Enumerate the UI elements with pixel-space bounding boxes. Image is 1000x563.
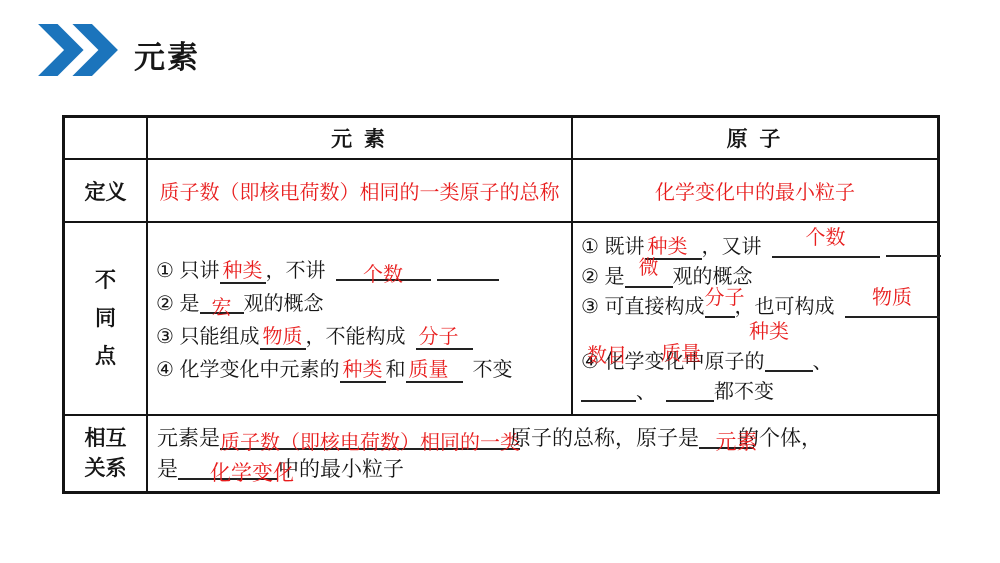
atom-point-2-blank-answer: 微 (639, 253, 659, 283)
relation-line-2: 是化学变化中的最小粒子 (157, 454, 931, 485)
element-point-3-prefix: ③ 只能组成 (156, 326, 260, 348)
definition-label: 定义 (85, 176, 127, 206)
atom-point-5-blank-2 (666, 380, 714, 402)
atom-point-1-blank-answer: 个数 (806, 223, 846, 253)
page-title: 元素 (134, 32, 200, 77)
atom-point-3-blank-answer: 分子 (705, 283, 745, 313)
differences-label-cell: 不 同 点 (65, 223, 148, 416)
slide: 元素 元 素 原 子 定义 质子数（即核电荷数）相同的一类原子的总称 化学变化中… (0, 0, 1000, 563)
double-chevron-right-icon (38, 24, 118, 76)
header-corner-cell (65, 118, 148, 160)
relation-line-1-answer-2: 元素 (716, 431, 758, 454)
atom-point-3-blank: 分子 (705, 296, 735, 318)
header-atom-label: 原 子 (727, 123, 784, 153)
definition-element-cell: 质子数（即核电荷数）相同的一类原子的总称 (148, 160, 573, 223)
element-point-1-blank: 个数 (336, 259, 431, 281)
element-point-1-answer: 种类 (220, 260, 266, 284)
element-point-4-mid: 和 (386, 359, 406, 381)
element-point-2: ② 是宏观的概念 (156, 288, 565, 321)
atom-point-4-float-answer-number: 数目 (587, 339, 627, 368)
atom-point-4-float-answer-mass: 质量 (661, 337, 701, 366)
relation-content-cell: 元素是质子数（即核电荷数）相同的一类原子的总称，原子是元素的个体， 是化学变化中… (148, 416, 937, 491)
atom-point-4: ④ 化学变化中原子的、 (581, 347, 933, 377)
comparison-table: 元 素 原 子 定义 质子数（即核电荷数）相同的一类原子的总称 化学变化中的最小… (62, 115, 940, 494)
definition-element-answer: 质子数（即核电荷数）相同的一类原子的总称 (160, 176, 560, 205)
element-point-2-answer: 宏 (212, 297, 232, 319)
element-point-1: ① 只讲种类，不讲个数 (156, 255, 565, 288)
element-point-4-suffix: 不变 (473, 359, 513, 381)
atom-point-4-separator: 、 (813, 351, 833, 373)
relation-label-cell: 相互 关系 (65, 416, 148, 491)
atom-point-5-separator: 、 (636, 381, 656, 403)
element-point-1-mid: ，不讲 (266, 260, 326, 282)
header-element-label: 元 素 (331, 123, 388, 153)
atom-point-1-blank: 个数 (772, 236, 880, 258)
element-point-4: ④ 化学变化中元素的种类和质量不变 (156, 354, 565, 387)
atom-point-1: ① 既讲种类，又讲个数 (581, 232, 933, 262)
definition-atom-cell: 化学变化中的最小粒子 (573, 160, 937, 223)
element-point-3-mid: ，不能构成 (306, 326, 406, 348)
atom-point-2-prefix: ② 是 (581, 266, 625, 288)
header-element-cell: 元 素 (148, 118, 573, 160)
element-point-1-prefix: ① 只讲 (156, 260, 220, 282)
element-point-3: ③ 只能组成物质，不能构成分子 (156, 321, 565, 354)
relation-line-1-blank: 质子数（即核电荷数）相同的一类 (220, 428, 520, 450)
atom-point-4-blank (765, 350, 813, 372)
relation-line-2-prefix: 是 (157, 458, 178, 481)
relation-line-2-answer: 化学变化 (210, 462, 294, 485)
atom-point-1-mid: ，又讲 (702, 236, 762, 258)
differences-label-char-2: 同 (95, 300, 116, 338)
definition-atom-answer: 化学变化中的最小粒子 (655, 176, 855, 205)
element-point-2-suffix: 观的概念 (244, 293, 324, 315)
element-point-3-answer-2: 分子 (416, 326, 473, 350)
relation-line-1-prefix: 元素是 (157, 427, 220, 450)
relation-line-1-blank-2: 元素 (699, 427, 754, 449)
atom-point-5: 、都不变 (581, 377, 933, 407)
atom-point-3-blank-answer-2: 物质 (872, 283, 912, 313)
element-point-4-prefix: ④ 化学变化中元素的 (156, 359, 340, 381)
header-atom-cell: 原 子 (573, 118, 937, 160)
differences-atom-cell: ① 既讲种类，又讲个数 ② 是微观的概念 ③ 可直接构成分子，也可构成物质 ④ … (573, 223, 937, 416)
relation-line-1-answer: 质子数（即核电荷数）相同的一类 (220, 432, 520, 454)
definition-label-cell: 定义 (65, 160, 148, 223)
relation-line-1-mid: 原子的总称，原子是 (510, 427, 699, 450)
relation-label-line-2: 关系 (85, 454, 127, 484)
element-point-1-blank-answer: 个数 (363, 264, 403, 286)
atom-point-3-blank-2: 物质 (845, 296, 940, 318)
atom-point-5-suffix: 都不变 (714, 381, 774, 403)
atom-point-3-prefix: ③ 可直接构成 (581, 296, 705, 318)
atom-point-1-prefix: ① 既讲 (581, 236, 645, 258)
element-point-4-answer: 种类 (340, 359, 386, 383)
atom-point-5-blank (581, 380, 636, 402)
relation-line-2-blank: 化学变化 (178, 458, 278, 480)
relation-line-1: 元素是质子数（即核电荷数）相同的一类原子的总称，原子是元素的个体， (157, 423, 931, 454)
relation-label-line-1: 相互 (85, 424, 127, 454)
differences-label-char-1: 不 (95, 262, 116, 300)
atom-point-4-float-answer-kind: 种类 (749, 315, 789, 344)
differences-label-char-3: 点 (95, 338, 116, 376)
atom-point-2-blank: 微 (625, 266, 673, 288)
element-point-1-blank-2 (437, 259, 499, 281)
element-point-3-answer: 物质 (260, 326, 306, 350)
atom-point-1-blank-2 (886, 235, 941, 257)
element-point-4-answer-2: 质量 (406, 359, 463, 383)
element-point-2-prefix: ② 是 (156, 293, 200, 315)
element-point-2-blank: 宏 (200, 292, 244, 314)
relation-line-2-suffix: 中的最小粒子 (278, 458, 404, 481)
differences-element-cell: ① 只讲种类，不讲个数 ② 是宏观的概念 ③ 只能组成物质，不能构成分子 ④ 化… (148, 223, 573, 416)
